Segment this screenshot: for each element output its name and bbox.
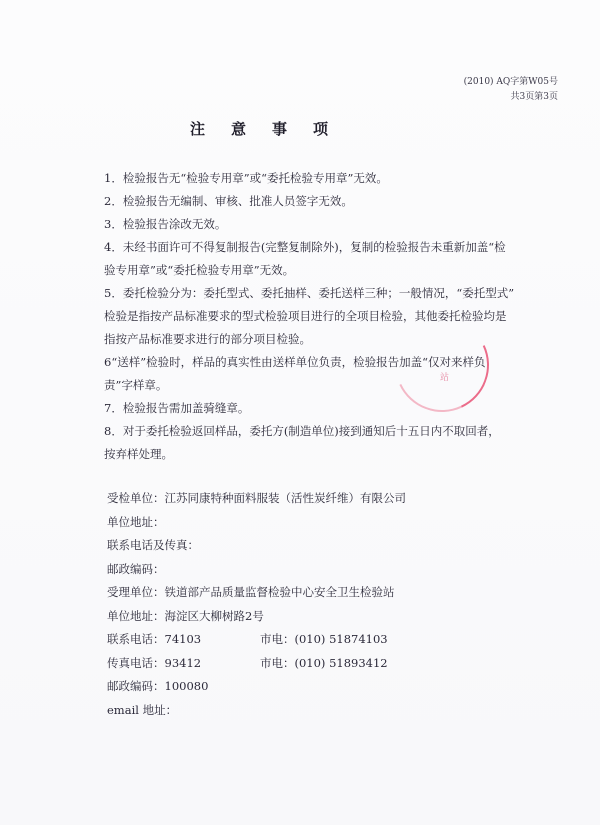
- lab-fax-city-label: 市电：: [260, 656, 295, 670]
- lab-fax-value: 93412: [165, 656, 202, 670]
- lab-phone-row: 联系电话：74103 市电：(010) 51874103: [107, 628, 406, 652]
- page-info: 共3页第3页: [464, 90, 558, 105]
- client-unit-row: 受检单位：江苏同康特种面料服装（活性炭纤维）有限公司: [107, 487, 406, 511]
- note-line: 按弃样处理。: [104, 443, 534, 466]
- lab-email-row: email 地址：: [107, 699, 406, 723]
- lab-unit-row: 受理单位：铁道部产品质量监督检验中心安全卫生检验站: [107, 581, 406, 605]
- lab-phone-label: 联系电话：: [107, 632, 165, 646]
- notes-list: 1．检验报告无“检验专用章”或“委托检验专用章”无效。 2．检验报告无编制、审核…: [104, 167, 534, 466]
- client-unit-value: 江苏同康特种面料服装（活性炭纤维）有限公司: [165, 491, 407, 505]
- lab-unit-value: 铁道部产品质量监督检验中心安全卫生检验站: [165, 585, 395, 599]
- note-line: 8．对于委托检验返回样品，委托方(制造单位)接到通知后十五日内不取回者，: [104, 420, 534, 443]
- client-address-label: 单位地址：: [107, 515, 165, 529]
- note-line: 2．检验报告无编制、审核、批准人员签字无效。: [104, 190, 534, 213]
- reference-number: (2010) AQ字第W05号: [464, 75, 558, 90]
- client-address-row: 单位地址：: [107, 511, 406, 535]
- lab-fax-label: 传真电话：: [107, 656, 165, 670]
- document-reference: (2010) AQ字第W05号 共3页第3页: [464, 75, 558, 105]
- lab-postcode-value: 100080: [165, 679, 209, 693]
- lab-postcode-label: 邮政编码：: [107, 679, 165, 693]
- lab-address-label: 单位地址：: [107, 609, 165, 623]
- note-line: 3．检验报告涂改无效。: [104, 213, 534, 236]
- note-line: 5．委托检验分为：委托型式、委托抽样、委托送样三种；一般情况，“委托型式”: [104, 282, 534, 305]
- note-line: 验专用章”或“委托检验专用章”无效。: [104, 259, 534, 282]
- lab-email-label: email 地址：: [107, 703, 177, 717]
- client-phone-fax-row: 联系电话及传真：: [107, 534, 406, 558]
- client-postcode-label: 邮政编码：: [107, 562, 165, 576]
- document-page: (2010) AQ字第W05号 共3页第3页 注意事项 1．检验报告无“检验专用…: [0, 0, 600, 825]
- client-postcode-row: 邮政编码：: [107, 558, 406, 582]
- client-unit-label: 受检单位：: [107, 491, 165, 505]
- lab-phone-city-label: 市电：: [260, 632, 295, 646]
- contact-info: 受检单位：江苏同康特种面料服装（活性炭纤维）有限公司 单位地址： 联系电话及传真…: [107, 487, 406, 722]
- lab-postcode-row: 邮政编码：100080: [107, 675, 406, 699]
- lab-address-value: 海淀区大柳树路2号: [165, 609, 264, 623]
- note-line: 检验是指按产品标准要求的型式检验项目进行的全项目检验，其他委托检验均是: [104, 305, 534, 328]
- seal-stamp-text: 站: [440, 370, 449, 383]
- lab-address-row: 单位地址：海淀区大柳树路2号: [107, 605, 406, 629]
- lab-unit-label: 受理单位：: [107, 585, 165, 599]
- lab-phone-value: 74103: [165, 632, 202, 646]
- lab-fax-city: 市电：(010) 51893412: [260, 652, 388, 676]
- lab-phone-city: 市电：(010) 51874103: [260, 628, 388, 652]
- client-phone-fax-label: 联系电话及传真：: [107, 538, 199, 552]
- page-title: 注意事项: [190, 118, 354, 139]
- lab-fax-city-value: (010) 51893412: [295, 656, 388, 670]
- note-line: 4．未经书面许可不得复制报告(完整复制除外)，复制的检验报告未重新加盖“检: [104, 236, 534, 259]
- note-line: 1．检验报告无“检验专用章”或“委托检验专用章”无效。: [104, 167, 534, 190]
- lab-phone-city-value: (010) 51874103: [295, 632, 388, 646]
- lab-fax-row: 传真电话：93412 市电：(010) 51893412: [107, 652, 406, 676]
